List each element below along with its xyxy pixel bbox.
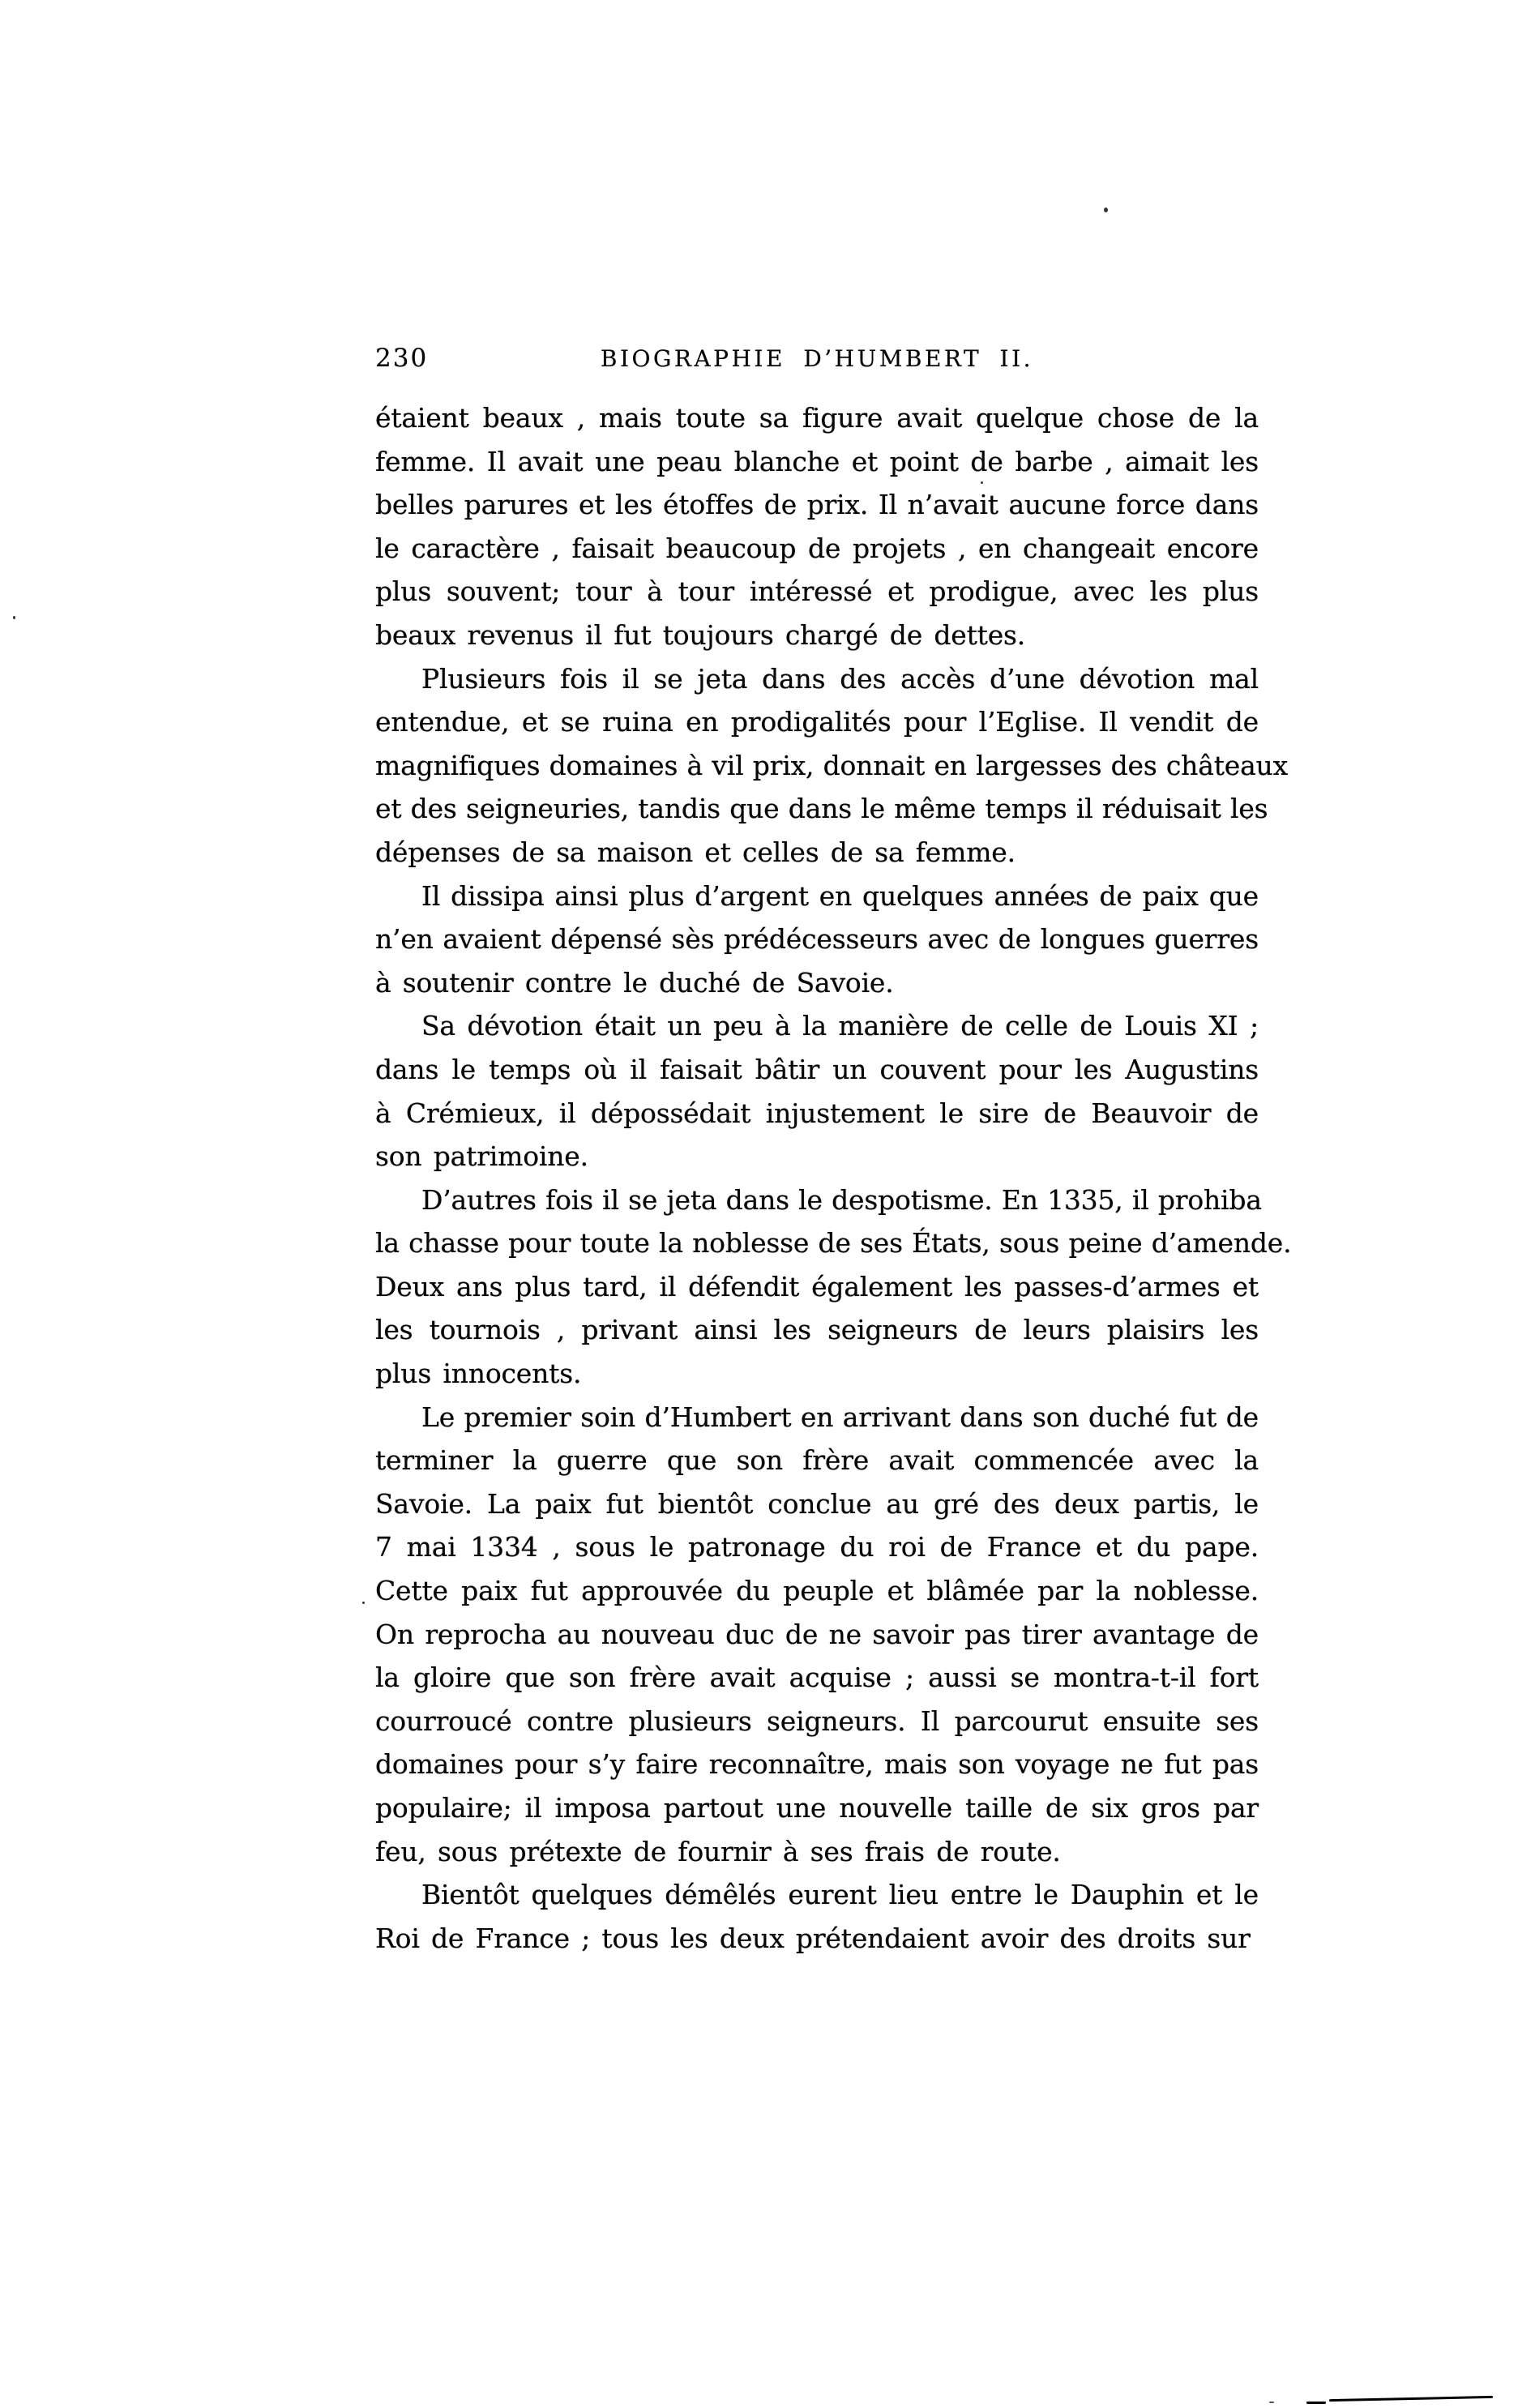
- scan-speck: [362, 1602, 365, 1604]
- text-line: Le premier soin d’Humbert en arrivant da…: [375, 1396, 1259, 1439]
- text-line: Savoie. La paix fut bientôt conclue au g…: [375, 1482, 1259, 1526]
- scan-speck: [981, 481, 983, 484]
- text-line: entendue, et se ruina en prodigalités po…: [375, 700, 1259, 744]
- text-line: dépenses de sa maison et celles de sa fe…: [375, 831, 1259, 875]
- scan-edge-line: [1329, 2396, 1493, 2402]
- text-line: Cette paix fut approuvée du peuple et bl…: [375, 1569, 1259, 1613]
- text-line: magnifiques domaines à vil prix, donnait…: [375, 744, 1259, 788]
- text-line: la gloire que son frère avait acquise ; …: [375, 1656, 1259, 1700]
- text-line: dans le temps où il faisait bâtir un cou…: [375, 1048, 1259, 1092]
- text-line: et des seigneuries, tandis que dans le m…: [375, 787, 1259, 831]
- text-line: On reprocha au nouveau duc de ne savoir …: [375, 1613, 1259, 1657]
- text-line: 7 mai 1334 , sous le patronage du roi de…: [375, 1525, 1259, 1569]
- running-header: 230 BIOGRAPHIE D’HUMBERT II.: [375, 342, 1259, 374]
- page-background: 230 BIOGRAPHIE D’HUMBERT II. étaient bea…: [0, 0, 1535, 2408]
- scan-speck: [13, 616, 15, 619]
- text-line: la chasse pour toute la noblesse de ses …: [375, 1221, 1259, 1265]
- scan-edge-dot: [1269, 2402, 1274, 2403]
- scan-edge-dash: [1306, 2402, 1326, 2404]
- text-line: les tournois , privant ainsi les seigneu…: [375, 1308, 1259, 1352]
- text-line: Sa dévotion était un peu à la manière de…: [375, 1004, 1259, 1048]
- text-line: Bientôt quelques démêlés eurent lieu ent…: [375, 1873, 1259, 1917]
- text-line: à Crémieux, il dépossédait injustement l…: [375, 1092, 1259, 1136]
- running-title: BIOGRAPHIE D’HUMBERT II.: [375, 342, 1259, 372]
- text-line: à soutenir contre le duché de Savoie.: [375, 961, 1259, 1005]
- text-line: Deux ans plus tard, il défendit égalemen…: [375, 1265, 1259, 1309]
- text-line: populaire; il imposa partout une nouvell…: [375, 1786, 1259, 1830]
- scan-speck: [1246, 817, 1248, 819]
- text-line: n’en avaient dépensé sès prédécesseurs a…: [375, 917, 1259, 961]
- text-line: beaux revenus il fut toujours chargé de …: [375, 614, 1259, 657]
- text-line: son patrimoine.: [375, 1135, 1259, 1178]
- text-line: Plusieurs fois il se jeta dans des accès…: [375, 657, 1259, 701]
- text-line: femme. Il avait une peau blanche et poin…: [375, 440, 1259, 484]
- text-line: belles parures et les étoffes de prix. I…: [375, 483, 1259, 527]
- text-line: Roi de France ; tous les deux prétendaie…: [375, 1917, 1259, 1961]
- text-line: Il dissipa ainsi plus d’argent en quelqu…: [375, 875, 1259, 918]
- text-line: terminer la guerre que son frère avait c…: [375, 1439, 1259, 1482]
- text-line: D’autres fois il se jeta dans le despoti…: [375, 1178, 1259, 1222]
- text-line: domaines pour s’y faire reconnaître, mai…: [375, 1743, 1259, 1786]
- scan-speck: [671, 1211, 673, 1213]
- page-number: 230: [375, 344, 428, 373]
- text-block: étaient beaux , mais toute sa figure ava…: [375, 396, 1259, 1960]
- scan-speck: [1104, 207, 1108, 212]
- scanned-book-page: { "page": { "number": "230", "header_tit…: [0, 0, 1535, 2408]
- scan-speck: [1074, 901, 1076, 904]
- text-line: étaient beaux , mais toute sa figure ava…: [375, 396, 1259, 440]
- text-line: plus souvent; tour à tour intéressé et p…: [375, 570, 1259, 614]
- text-line: feu, sous prétexte de fournir à ses frai…: [375, 1830, 1259, 1874]
- text-line: courroucé contre plusieurs seigneurs. Il…: [375, 1700, 1259, 1743]
- text-line: plus innocents.: [375, 1352, 1259, 1396]
- text-line: le caractère , faisait beaucoup de proje…: [375, 527, 1259, 571]
